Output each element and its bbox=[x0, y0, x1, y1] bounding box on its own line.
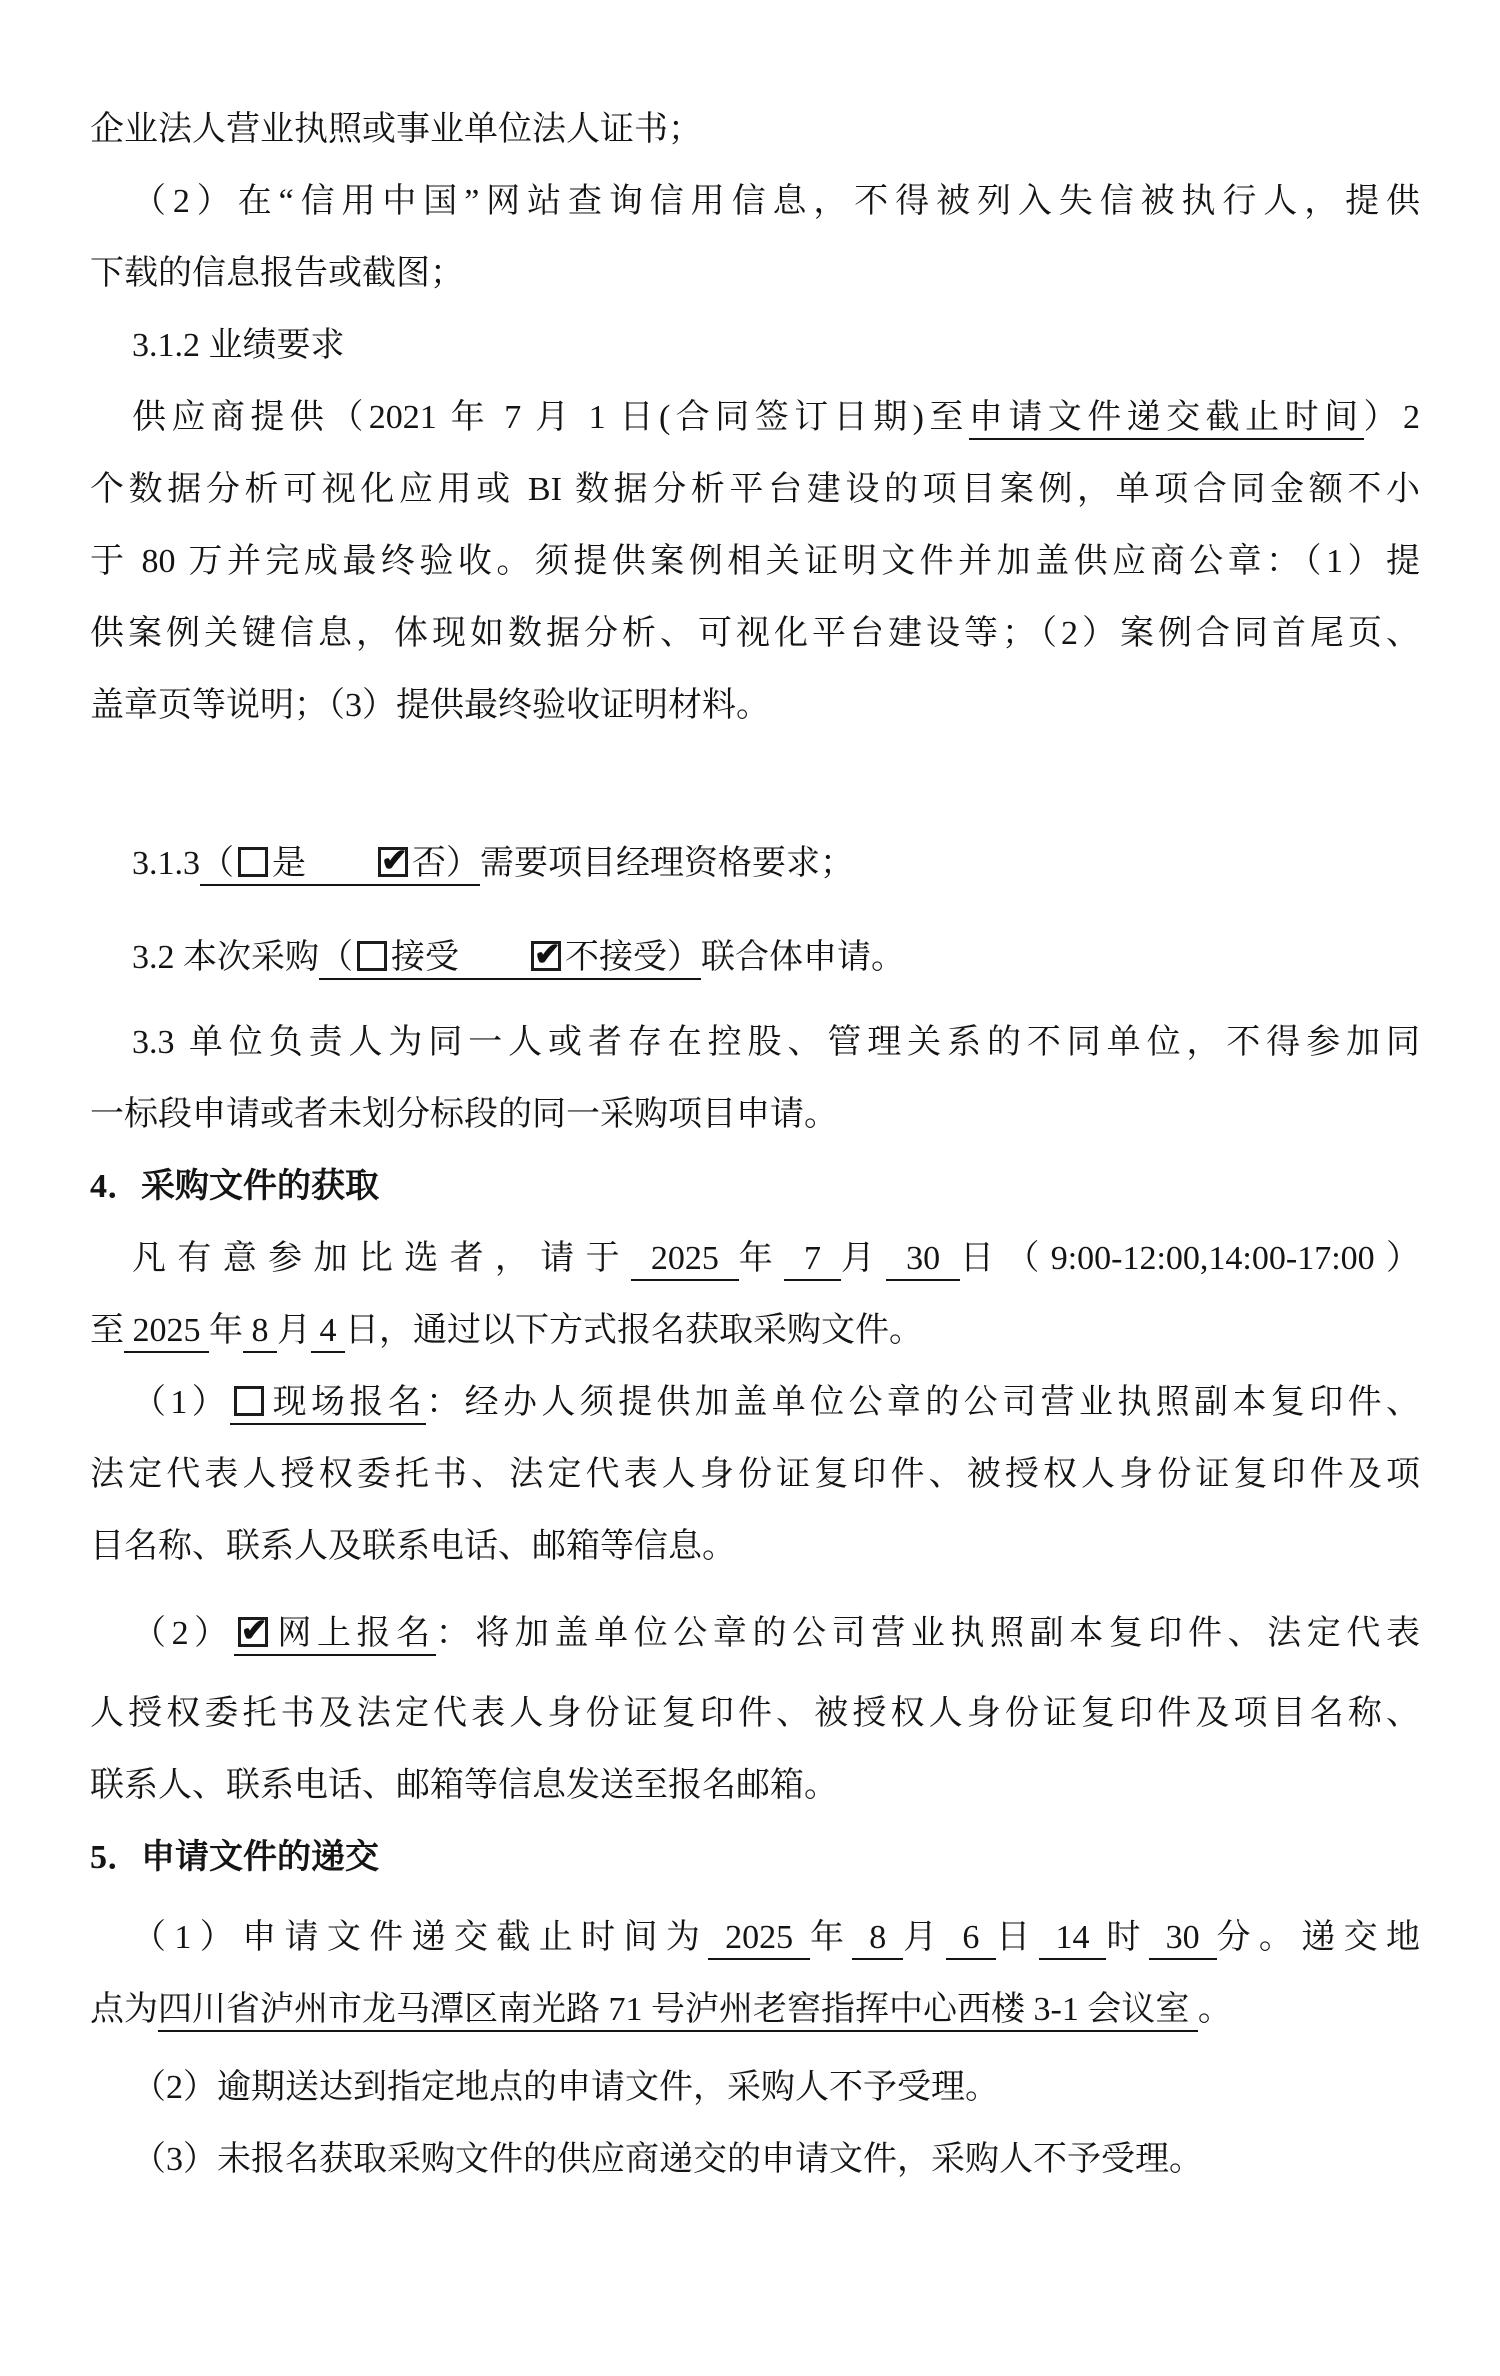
underlined-text: 30 bbox=[1149, 1919, 1217, 1960]
text-line: （2）网上报名：将加盖单位公章的公司营业执照副本复印件、法定代表 bbox=[90, 1598, 1420, 1670]
text-run: （2）逾期送达到指定地点的申请文件，采购人不予受理。 bbox=[132, 2069, 999, 2106]
text-run: 网上报名 bbox=[272, 1615, 436, 1652]
text-run: （1）申请文件递交截止时间为 bbox=[132, 1919, 708, 1956]
text-run: 至 bbox=[90, 1312, 124, 1349]
text-run: （ bbox=[200, 845, 234, 882]
text-run: 需要项目经理资格要求； bbox=[480, 845, 854, 882]
underlined-text: 6 bbox=[946, 1919, 997, 1960]
text-line: 至 2025 年 8 月 4 日，通过以下方式报名获取采购文件。 bbox=[90, 1295, 1420, 1367]
text-line: 企业法人营业执照或事业单位法人证书； bbox=[90, 94, 1420, 166]
text-run: 日 bbox=[996, 1919, 1038, 1956]
underlined-text: （接受 不接受） bbox=[319, 939, 701, 980]
text-line: 目名称、联系人及联系电话、邮箱等信息。 bbox=[90, 1511, 1420, 1583]
text-run: 否） bbox=[412, 845, 480, 882]
document-content: 企业法人营业执照或事业单位法人证书；（2）在“信用中国”网站查询信用信息，不得被… bbox=[90, 94, 1420, 2196]
text-line: 3.2 本次采购（接受 不接受）联合体申请。 bbox=[90, 922, 1420, 994]
text-line: （2）在“信用中国”网站查询信用信息，不得被列入失信被执行人，提供 bbox=[90, 166, 1420, 238]
text-run: 下载的信息报告或截图； bbox=[90, 255, 464, 292]
text-run: 日，通过以下方式报名获取采购文件。 bbox=[345, 1312, 923, 1349]
text-run: 个数据分析可视化应用或 BI 数据分析平台建设的项目案例，单项合同金额不小 bbox=[90, 471, 1420, 508]
text-run: 联合体申请。 bbox=[701, 939, 905, 976]
text-run: 日（9:00-12:00,14:00-17:00） bbox=[960, 1240, 1420, 1277]
text-run: （2） bbox=[132, 1615, 234, 1652]
text-run: 法定代表人授权委托书、法定代表人身份证复印件、被授权人身份证复印件及项 bbox=[90, 1456, 1420, 1493]
text-run: 30 bbox=[886, 1240, 960, 1277]
text-run: 盖章页等说明；（3）提供最终验收证明材料。 bbox=[90, 687, 770, 724]
text-run: 现场报名 bbox=[268, 1384, 426, 1421]
underlined-text: 4 bbox=[311, 1312, 345, 1353]
text-run: 人授权委托书及法定代表人身份证复印件、被授权人身份证复印件及项目名称、 bbox=[90, 1695, 1420, 1732]
text-run: 月 bbox=[903, 1919, 945, 1956]
text-line: 下载的信息报告或截图； bbox=[90, 238, 1420, 310]
text-line: 3.1.2 业绩要求 bbox=[90, 310, 1420, 382]
text-run: 2025 bbox=[631, 1240, 739, 1277]
text-run: 月 bbox=[841, 1240, 886, 1277]
checkbox-unchecked-icon bbox=[357, 941, 387, 971]
checkbox-checked-icon bbox=[378, 847, 408, 877]
text-line: 一标段申请或者未划分标段的同一采购项目申请。 bbox=[90, 1079, 1420, 1151]
underlined-text: 2025 bbox=[708, 1919, 810, 1960]
underlined-text: 14 bbox=[1039, 1919, 1107, 1960]
text-line: 个数据分析可视化应用或 BI 数据分析平台建设的项目案例，单项合同金额不小 bbox=[90, 454, 1420, 526]
text-run: 目名称、联系人及联系电话、邮箱等信息。 bbox=[90, 1528, 736, 1565]
text-run: 时 bbox=[1106, 1919, 1148, 1956]
text-run: 8 bbox=[852, 1919, 903, 1956]
text-run: 供案例关键信息，体现如数据分析、可视化平台建设等；（2）案例合同首尾页、 bbox=[90, 615, 1420, 652]
text-run: 。 bbox=[1198, 1991, 1232, 2028]
text-run: 年 bbox=[810, 1919, 852, 1956]
text-run: 点为 bbox=[90, 1991, 158, 2028]
text-line: 供案例关键信息，体现如数据分析、可视化平台建设等；（2）案例合同首尾页、 bbox=[90, 598, 1420, 670]
text-run: ：将加盖单位公章的公司营业执照副本复印件、法定代表 bbox=[436, 1615, 1420, 1652]
text-run: 接受 bbox=[391, 939, 527, 976]
underlined-text: 2025 bbox=[631, 1240, 739, 1281]
underlined-text: （是 否） bbox=[200, 845, 480, 886]
text-run: 不接受） bbox=[565, 939, 701, 976]
text-run: （1） bbox=[132, 1384, 230, 1421]
text-line: 3.3 单位负责人为同一人或者存在控股、管理关系的不同单位，不得参加同 bbox=[90, 1007, 1420, 1079]
text-run: 3.3 单位负责人为同一人或者存在控股、管理关系的不同单位，不得参加同 bbox=[132, 1024, 1420, 1061]
text-run: 年 bbox=[739, 1240, 784, 1277]
text-run: 6 bbox=[946, 1919, 997, 1956]
text-run: 5．申请文件的递交 bbox=[90, 1839, 379, 1876]
text-run: 企业法人营业执照或事业单位法人证书； bbox=[90, 111, 702, 148]
text-run: 8 bbox=[243, 1312, 277, 1349]
section-heading: 4．采购文件的获取 bbox=[90, 1151, 1420, 1223]
text-line: 法定代表人授权委托书、法定代表人身份证复印件、被授权人身份证复印件及项 bbox=[90, 1439, 1420, 1511]
text-run: （ bbox=[319, 939, 353, 976]
underlined-text: 2025 bbox=[124, 1312, 209, 1353]
text-run: 2025 bbox=[124, 1312, 209, 1349]
text-line: （1）申请文件递交截止时间为 2025 年 8 月 6 日 14 时 30 分。… bbox=[90, 1902, 1420, 1974]
underlined-text: 8 bbox=[852, 1919, 903, 1960]
text-run: （3）未报名获取采购文件的供应商递交的申请文件，采购人不予受理。 bbox=[132, 2141, 1203, 2178]
text-run: 2025 bbox=[708, 1919, 810, 1956]
text-run: 于 80 万并完成最终验收。须提供案例相关证明文件并加盖供应商公章：（1）提 bbox=[90, 543, 1420, 580]
text-line: 供应商提供（2021 年 7 月 1 日(合同签订日期)至申请文件递交截止时间）… bbox=[90, 382, 1420, 454]
text-run: 凡有意参加比选者，请于 bbox=[132, 1240, 631, 1277]
checkbox-checked-icon bbox=[531, 941, 561, 971]
text-run: 联系人、联系电话、邮箱等信息发送至报名邮箱。 bbox=[90, 1767, 838, 1804]
text-line: 于 80 万并完成最终验收。须提供案例相关证明文件并加盖供应商公章：（1）提 bbox=[90, 526, 1420, 598]
text-run: 3.2 本次采购 bbox=[132, 939, 319, 976]
text-line: 凡有意参加比选者，请于 2025 年 7 月 30 日（9:00-12:00,1… bbox=[90, 1223, 1420, 1295]
text-run: 申请文件递交截止时间 bbox=[969, 399, 1364, 436]
text-line: （1）现场报名：经办人须提供加盖单位公章的公司营业执照副本复印件、 bbox=[90, 1367, 1420, 1439]
underlined-text: 7 bbox=[784, 1240, 841, 1281]
checkbox-unchecked-icon bbox=[234, 1386, 264, 1416]
text-line: 3.1.3（是 否）需要项目经理资格要求； bbox=[90, 828, 1420, 900]
underlined-text: 四川省泸州市龙马潭区南光路 71 号泸州老窖指挥中心西楼 3-1 会议室 bbox=[158, 1991, 1198, 2032]
underlined-text: 网上报名 bbox=[234, 1615, 436, 1656]
text-run: 4．采购文件的获取 bbox=[90, 1168, 379, 1205]
document-page: 企业法人营业执照或事业单位法人证书；（2）在“信用中国”网站查询信用信息，不得被… bbox=[0, 0, 1500, 2376]
text-run: 分。递交地 bbox=[1217, 1919, 1421, 1956]
text-line: 联系人、联系电话、邮箱等信息发送至报名邮箱。 bbox=[90, 1750, 1420, 1822]
text-run: 年 bbox=[209, 1312, 243, 1349]
text-line: （3）未报名获取采购文件的供应商递交的申请文件，采购人不予受理。 bbox=[90, 2124, 1420, 2196]
checkbox-checked-icon bbox=[238, 1617, 268, 1647]
text-line: （2）逾期送达到指定地点的申请文件，采购人不予受理。 bbox=[90, 2052, 1420, 2124]
text-run: ：经办人须提供加盖单位公章的公司营业执照副本复印件、 bbox=[426, 1384, 1420, 1421]
text-run: ）2 bbox=[1364, 399, 1420, 436]
underlined-text: 30 bbox=[886, 1240, 960, 1281]
text-run: 四川省泸州市龙马潭区南光路 71 号泸州老窖指挥中心西楼 3-1 会议室 bbox=[158, 1991, 1198, 2028]
underlined-text: 8 bbox=[243, 1312, 277, 1353]
text-run: （2）在“信用中国”网站查询信用信息，不得被列入失信被执行人，提供 bbox=[132, 183, 1420, 220]
text-run: 3.1.3 bbox=[132, 845, 200, 882]
text-run: 30 bbox=[1149, 1919, 1217, 1956]
checkbox-unchecked-icon bbox=[238, 847, 268, 877]
text-run: 是 bbox=[272, 845, 374, 882]
text-line: 盖章页等说明；（3）提供最终验收证明材料。 bbox=[90, 670, 1420, 742]
text-run: 3.1.2 业绩要求 bbox=[132, 327, 345, 364]
text-run: 一标段申请或者未划分标段的同一采购项目申请。 bbox=[90, 1096, 838, 1133]
text-run: 月 bbox=[277, 1312, 311, 1349]
text-run: 14 bbox=[1039, 1919, 1107, 1956]
underlined-text: 申请文件递交截止时间 bbox=[969, 399, 1364, 440]
text-run: 4 bbox=[311, 1312, 345, 1349]
text-run: 供应商提供（2021 年 7 月 1 日(合同签订日期)至 bbox=[132, 399, 969, 436]
underlined-text: 现场报名 bbox=[230, 1384, 426, 1425]
text-line: 人授权委托书及法定代表人身份证复印件、被授权人身份证复印件及项目名称、 bbox=[90, 1678, 1420, 1750]
text-run: 7 bbox=[784, 1240, 841, 1277]
section-heading: 5．申请文件的递交 bbox=[90, 1822, 1420, 1894]
text-line: 点为四川省泸州市龙马潭区南光路 71 号泸州老窖指挥中心西楼 3-1 会议室 。 bbox=[90, 1974, 1420, 2046]
